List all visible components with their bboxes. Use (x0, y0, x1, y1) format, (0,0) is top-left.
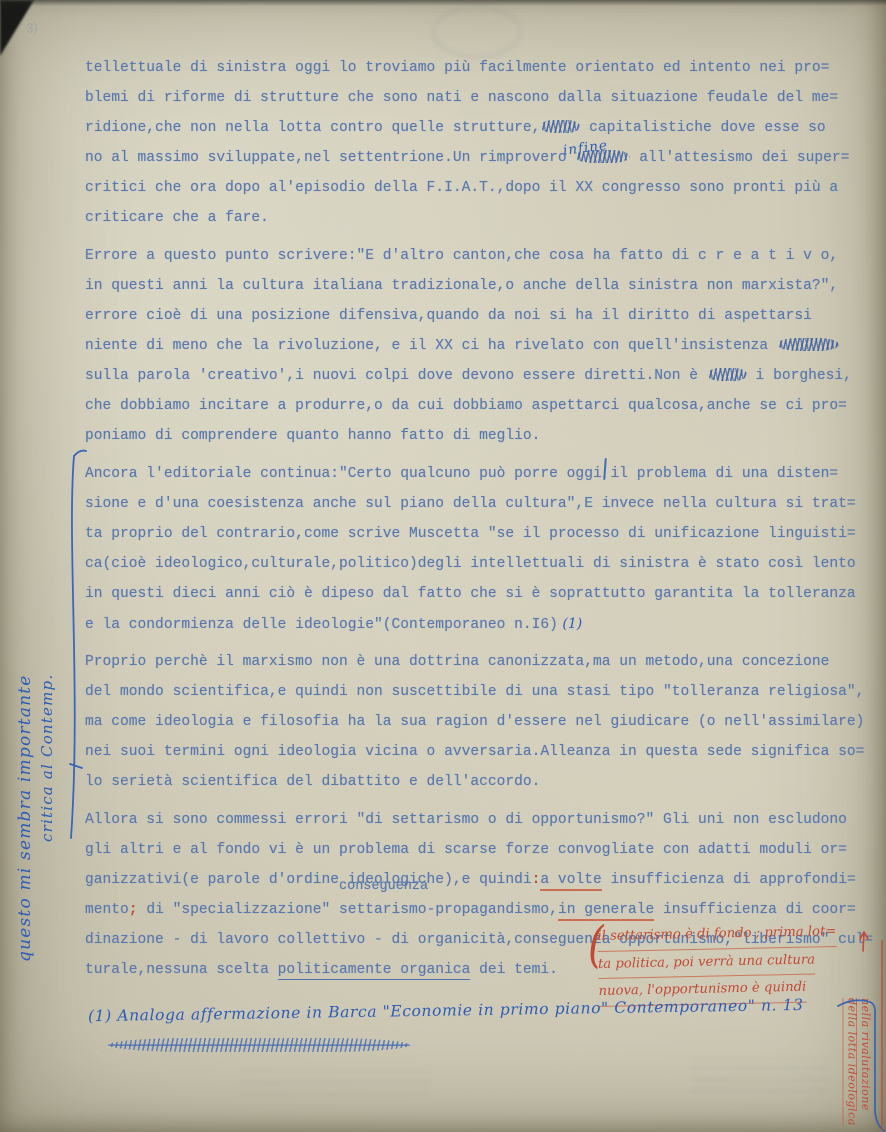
typed-text-segment: che dobbiamo incitare a produrre,o da cu… (85, 398, 847, 414)
bleed-through-mark (432, 6, 522, 58)
typed-paragraph: Ancora l'editoriale continua:"Certo qual… (85, 459, 870, 639)
typed-text-segment: critici che ora dopo al'episodio della F… (85, 180, 838, 196)
typed-line: poniamo di comprendere quanto hanno fatt… (85, 421, 870, 451)
typed-line: ma come ideologia e filosofia ha la sua … (85, 707, 870, 737)
typed-text-segment: lo serietà scientifica del dibattito e d… (85, 774, 540, 790)
typed-text-segment: errore cioè di una posizione difensiva,q… (85, 308, 812, 324)
typescript-body: tellettuale di sinistra oggi lo troviamo… (85, 53, 870, 993)
pencil-page-number: 3) (25, 19, 39, 36)
typed-line: ridione,che non nella lotta contro quell… (85, 113, 870, 143)
bleed-through-mark (690, 1058, 830, 1092)
typed-text-segment: criticare che a fare. (85, 210, 269, 226)
typed-text-segment: insufficienza di coor= (654, 902, 855, 918)
typed-line: errore cioè di una posizione difensiva,q… (85, 301, 870, 331)
red-edge-line (881, 940, 883, 1130)
red-arrow-mark (855, 927, 871, 953)
typed-line: niente di meno che la rivoluzione, e il … (85, 331, 870, 361)
blue-bracket-mark (834, 992, 886, 1132)
typed-text-segment: ca(cioè ideologico,culturale,politico)de… (85, 556, 856, 572)
typed-line: sione e d'una coesistenza anche sul pian… (85, 489, 870, 519)
typed-line: e la condormienza delle ideologie"(Conte… (85, 609, 870, 639)
typed-text-segment: blemi di riforme di strutture che sono n… (85, 90, 838, 106)
typed-line: in questi anni la cultura italiana tradi… (85, 271, 870, 301)
typed-text-segment: ; (129, 902, 138, 918)
margin-note-left: questo mi sembra importante critica al C… (14, 522, 58, 962)
typed-text-segment: all'attesismo dei super= (630, 150, 849, 166)
ink-scribble (777, 338, 839, 351)
typed-text-segment: a volte (540, 872, 601, 891)
typed-line: del mondo scientifica,e quindi non susce… (85, 677, 870, 707)
ink-scribble (707, 368, 747, 381)
typed-line: no al massimo sviluppate,nel settentrion… (85, 143, 870, 173)
top-edge-shadow (0, 0, 886, 6)
typed-line: criticare che a fare. (85, 203, 870, 233)
typed-text-segment: ta proprio del contrario,come scrive Mus… (85, 526, 856, 542)
typed-text-segment: del mondo scientifica,e quindi non susce… (85, 684, 864, 700)
typed-text-segment: (1) (558, 616, 582, 632)
typed-line: che dobbiamo incitare a produrre,o da cu… (85, 391, 870, 421)
bleed-through-mark (240, 1070, 430, 1096)
typed-line: gli altri e al fondo vi è un problema di… (85, 835, 870, 865)
margin-note-left-line2: critica al Contemp. (36, 522, 58, 962)
typed-text-segment: ganizzativi(e parole d'ordine ideologich… (85, 872, 532, 888)
typed-text-segment: di "specializzazione" settarismo-propaga… (138, 902, 558, 918)
typed-text-segment: i borghesi, (747, 368, 852, 384)
margin-pen-line (62, 446, 88, 848)
typed-paragraph: Errore a questo punto scrivere:"E d'altr… (85, 241, 870, 451)
typed-text-segment: Allora si sono commessi errori "di setta… (85, 812, 847, 828)
typed-line: Ancora l'editoriale continua:"Certo qual… (85, 459, 870, 489)
typed-text-segment: niente di meno che la rivoluzione, e il … (85, 338, 777, 354)
margin-note-left-line1: questo mi sembra importante (14, 522, 36, 962)
typed-text-segment: mento (85, 902, 129, 918)
typed-line: Errore a questo punto scrivere:"E d'altr… (85, 241, 870, 271)
typed-paragraph: Proprio perchè il marxismo non è una dot… (85, 647, 870, 797)
scanned-typescript-page: 3) tellettuale di sinistra oggi lo trovi… (0, 0, 886, 1132)
typed-text-segment: in generale (558, 902, 654, 921)
typed-text-segment: nei suoi termini ogni ideologia vicina o… (85, 744, 864, 760)
typed-text-segment: dei temi. (470, 962, 558, 978)
typed-text-segment: sione e d'una coesistenza anche sul pian… (85, 496, 856, 512)
typed-text-segment: Proprio perchè il marxismo non è una dot… (85, 654, 829, 670)
typed-text-segment: e la condormienza delle ideologie"(Conte… (85, 617, 558, 633)
typed-line: blemi di riforme di strutture che sono n… (85, 83, 870, 113)
typed-text-segment: ridione,che non nella lotta contro quell… (85, 120, 540, 136)
typed-paragraph: tellettuale di sinistra oggi lo troviamo… (85, 53, 870, 233)
typed-text-segment: in questi dieci anni ciò è dipeso dal fa… (85, 586, 856, 602)
ink-scribble (540, 120, 580, 133)
typed-line: critici che ora dopo al'episodio della F… (85, 173, 870, 203)
typed-insert-conseguenza: conseguenza (339, 879, 428, 894)
typed-line: ganizzativi(e parole d'ordine ideologich… (85, 865, 870, 895)
typed-text-segment: tellettuale di sinistra oggi lo troviamo… (85, 60, 829, 76)
typed-line: Allora si sono commessi errori "di setta… (85, 805, 870, 835)
typed-line: nei suoi termini ogni ideologia vicina o… (85, 737, 870, 767)
typed-text-segment: ma come ideologia e filosofia ha la sua … (85, 714, 864, 730)
typed-text-segment: gli altri e al fondo vi è un problema di… (85, 842, 847, 858)
typed-text-segment: capitalistiche dove esse so (580, 120, 825, 136)
typed-line: lo serietà scientifica del dibattito e d… (85, 767, 870, 797)
typed-line: ca(cioè ideologico,culturale,politico)de… (85, 549, 870, 579)
handwritten-footnote: (1) Analoga affermazione in Barca "Econo… (88, 995, 878, 1025)
typed-text-segment: Errore a questo punto scrivere:"E d'altr… (85, 248, 838, 264)
typed-text-segment: turale,nessuna scelta (85, 962, 278, 978)
typed-line: tellettuale di sinistra oggi lo troviamo… (85, 53, 870, 83)
typed-text-segment: in questi anni la cultura italiana tradi… (85, 278, 838, 294)
typed-line: in questi dieci anni ciò è dipeso dal fa… (85, 579, 870, 609)
typed-text-segment: no al massimo sviluppate,nel settentrion… (85, 150, 575, 166)
typed-text-segment: insufficienza di approfondi= (602, 872, 856, 888)
typed-text-segment: sulla parola 'creativo',i nuovi colpi do… (85, 368, 707, 384)
typed-line: sulla parola 'creativo',i nuovi colpi do… (85, 361, 870, 391)
typed-text-segment: Ancora l'editoriale continua:"Certo qual… (85, 466, 838, 482)
typed-text-segment: poniamo di comprendere quanto hanno fatt… (85, 428, 540, 444)
typed-line: ta proprio del contrario,come scrive Mus… (85, 519, 870, 549)
typed-line: Proprio perchè il marxismo non è una dot… (85, 647, 870, 677)
typed-text-segment: politicamente organica (278, 962, 471, 980)
crossed-out-scribble (108, 1038, 410, 1052)
